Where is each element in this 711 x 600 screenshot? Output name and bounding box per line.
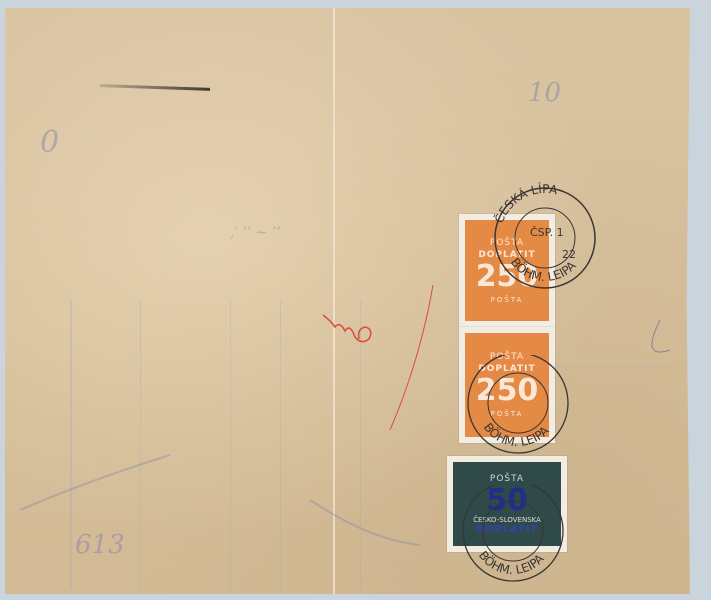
svg-text:22: 22 bbox=[562, 248, 576, 261]
pen-strokes bbox=[0, 0, 711, 600]
postmark-ceska-lipa: BÖHM. LEIPA bbox=[450, 485, 576, 595]
postmark-ceska-lipa: ČESKÁ LÍPA BÖHM. LEIPA ČSP. 1 22 bbox=[482, 180, 608, 290]
postmark-ceska-lipa: BÖHM. LEIPA bbox=[455, 355, 581, 455]
svg-text:ČSP. 1: ČSP. 1 bbox=[530, 226, 564, 239]
